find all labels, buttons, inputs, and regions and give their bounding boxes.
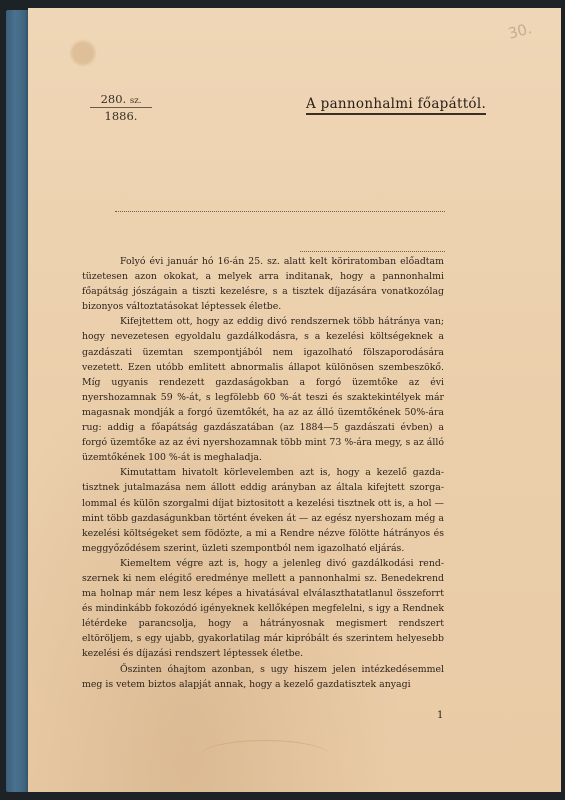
paragraph: Őszinten óhajtom azonban, s ugy hiszem j…	[82, 662, 444, 692]
page-number: 1	[437, 710, 443, 721]
water-stain	[200, 740, 330, 771]
reference-number: 280. sz.	[90, 92, 152, 108]
blue-spine-binding	[6, 10, 29, 792]
paragraph: Kifejtettem ott, hogy az eddig divó rend…	[82, 314, 444, 465]
paragraph: Folyó évi január hó 16-án 25. sz. alatt …	[82, 254, 444, 314]
paragraph: Kiemeltem végre azt is, hogy a jelenleg …	[82, 556, 444, 662]
dotted-address-line	[115, 211, 445, 212]
paragraph: Kimutattam hivatolt körlevelemben azt is…	[82, 465, 444, 556]
pencil-note: 30.	[506, 19, 534, 43]
letter-heading: A pannonhalmi főapáttól.	[306, 96, 486, 115]
reference-number-block: 280. sz. 1886.	[90, 92, 152, 123]
dotted-address-line-short	[300, 251, 445, 252]
reference-year: 1886.	[90, 108, 152, 123]
letter-body: Folyó évi január hó 16-án 25. sz. alatt …	[82, 254, 444, 692]
